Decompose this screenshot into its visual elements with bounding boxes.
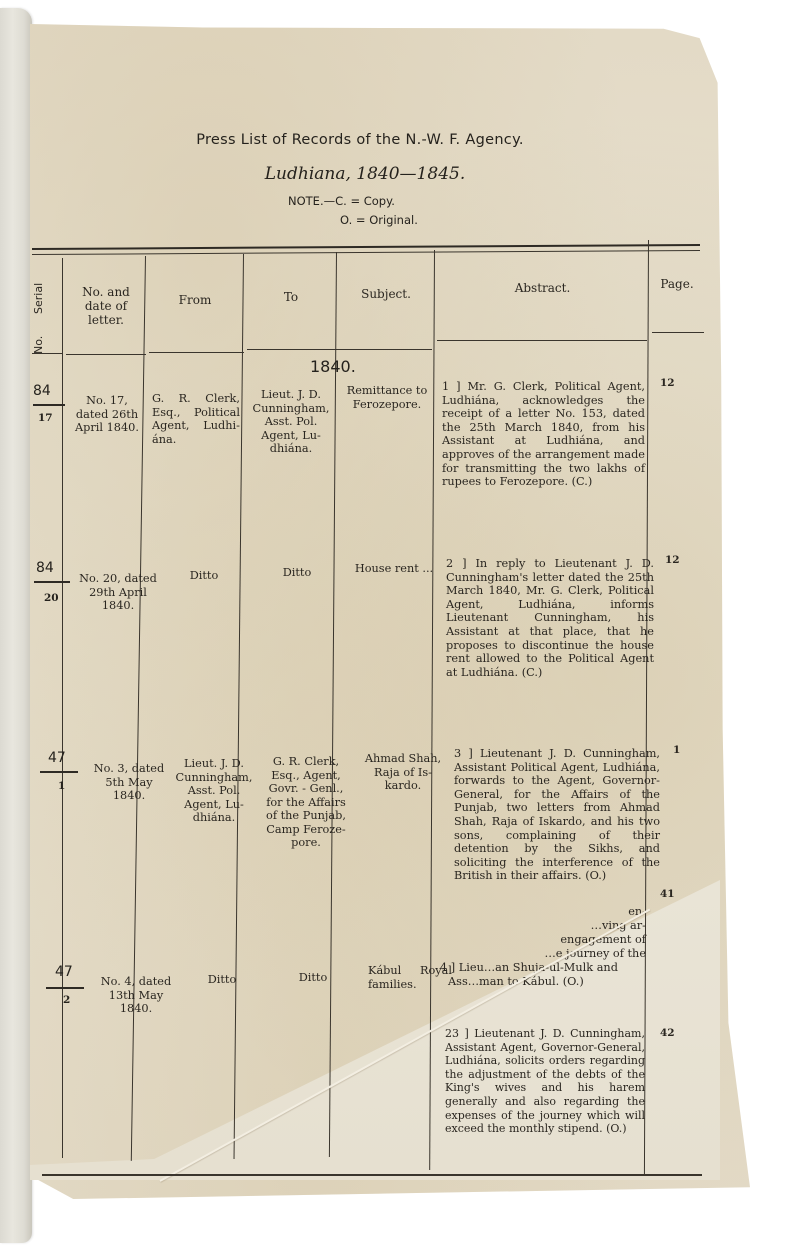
header-bottom-rule — [149, 352, 244, 353]
letter-abstract: 23 ] Lieutenant J. D. Cunningham, Assist… — [445, 1027, 645, 1136]
header-subject: Subject. — [340, 287, 432, 301]
serial-number-top: 84 — [36, 560, 70, 576]
serial-divider — [34, 581, 70, 583]
letter-subject: House rent ... — [348, 562, 440, 576]
serial-number-bottom: 2 — [63, 994, 70, 1006]
serial-divider — [46, 987, 84, 989]
abstract-text: Mr. G. Clerk, Political Agent, Ludhiána,… — [442, 380, 645, 488]
letter-from: Ditto — [160, 569, 248, 583]
header-to: To — [248, 290, 334, 304]
serial-number-bottom: 1 — [58, 780, 65, 792]
header-bottom-rule — [66, 354, 146, 355]
letter-abstract: 3 ] Lieutenant J. D. Cunningham, Assista… — [454, 747, 660, 883]
header-no-date: No. and date of letter. — [72, 285, 140, 327]
year-heading: 1840. — [310, 357, 356, 376]
letter-no-date: No. 3, dated 5th May 1840. — [90, 762, 168, 803]
note-copy: NOTE.—C. = Copy. — [288, 194, 395, 208]
letter-abstract: 2 ] In reply to Lieutenant J. D. Cunning… — [446, 557, 654, 679]
serial-divider — [40, 771, 78, 773]
letter-abstract: 1 ] Mr. G. Clerk, Political Agent, Ludhi… — [442, 380, 645, 489]
serial-number-top: 47 — [55, 964, 89, 980]
page-number: 12 — [665, 554, 680, 566]
header-bottom-rule — [652, 332, 704, 333]
letter-no-date: No. 4, dated 13th May 1840. — [96, 975, 176, 1016]
letter-no-date: No. 17, dated 26th April 1840. — [70, 394, 144, 435]
abstract-number: 3 ] — [454, 747, 473, 760]
header-bottom-rule — [247, 349, 432, 350]
abstract-text: Lieutenant J. D. Cunningham, Assistant P… — [454, 747, 660, 882]
serial-number-bottom: 17 — [38, 412, 53, 424]
header-bottom-rule — [437, 340, 647, 341]
letter-from: Ditto — [178, 973, 266, 987]
abstract-text: Lieutenant J. D. Cunningham, Assistant A… — [445, 1027, 645, 1135]
letter-from: G. R. Clerk, Esq., Political Agent, Ludh… — [152, 392, 240, 446]
header-serial-no: No. — [32, 336, 45, 354]
header-page: Page. — [652, 277, 702, 291]
letter-to: G. R. Clerk, Esq., Agent, Govr. - Genl.,… — [263, 755, 349, 850]
letter-no-date: No. 20, dated 29th April 1840. — [78, 572, 158, 613]
serial-divider — [33, 404, 65, 406]
page-number: 42 — [660, 1027, 675, 1039]
abstract-text: In reply to Lieutenant J. D. Cunningham'… — [446, 557, 654, 679]
letter-to: Ditto — [270, 971, 356, 985]
serial-number-bottom: 20 — [44, 592, 59, 604]
page-number: 12 — [660, 377, 675, 389]
abstract-number: 23 ] — [445, 1027, 469, 1040]
serial-number-top: 47 — [48, 750, 82, 766]
note-original: O. = Original. — [340, 213, 418, 227]
letter-subject: Remittance to Ferozepore. — [342, 384, 432, 411]
document-subtitle: Ludhiana, 1840—1845. — [0, 164, 730, 184]
letter-subject: Ahmad Shah, Raja of Is-kardo. — [357, 752, 449, 793]
document-title: Press List of Records of the N.-W. F. Ag… — [0, 132, 720, 148]
abstract-fragment: Ass…man to Kábul. (O.) — [448, 975, 628, 989]
table-bottom-rule — [42, 1174, 702, 1176]
abstract-fragment: engagement of — [500, 933, 646, 947]
serial-number-top: 84 — [33, 383, 67, 399]
letter-to: Lieut. J. D. Cunningham, Asst. Pol. Agen… — [248, 388, 334, 456]
page-number: 1 — [673, 744, 680, 756]
abstract-number: 2 ] — [446, 557, 467, 570]
abstract-number: 4 ] — [440, 961, 455, 974]
page-number: 41 — [660, 888, 675, 900]
header-from: From — [150, 293, 240, 307]
left-page-edge — [0, 8, 32, 1243]
abstract-number: 1 ] — [442, 380, 461, 393]
header-abstract: Abstract. — [440, 281, 645, 295]
header-serial-label: Serial — [32, 283, 45, 314]
letter-to: Ditto — [254, 566, 340, 580]
header-serial: Serial No. — [32, 262, 50, 352]
letter-from: Lieut. J. D. Cunningham, Asst. Pol. Agen… — [170, 757, 258, 825]
